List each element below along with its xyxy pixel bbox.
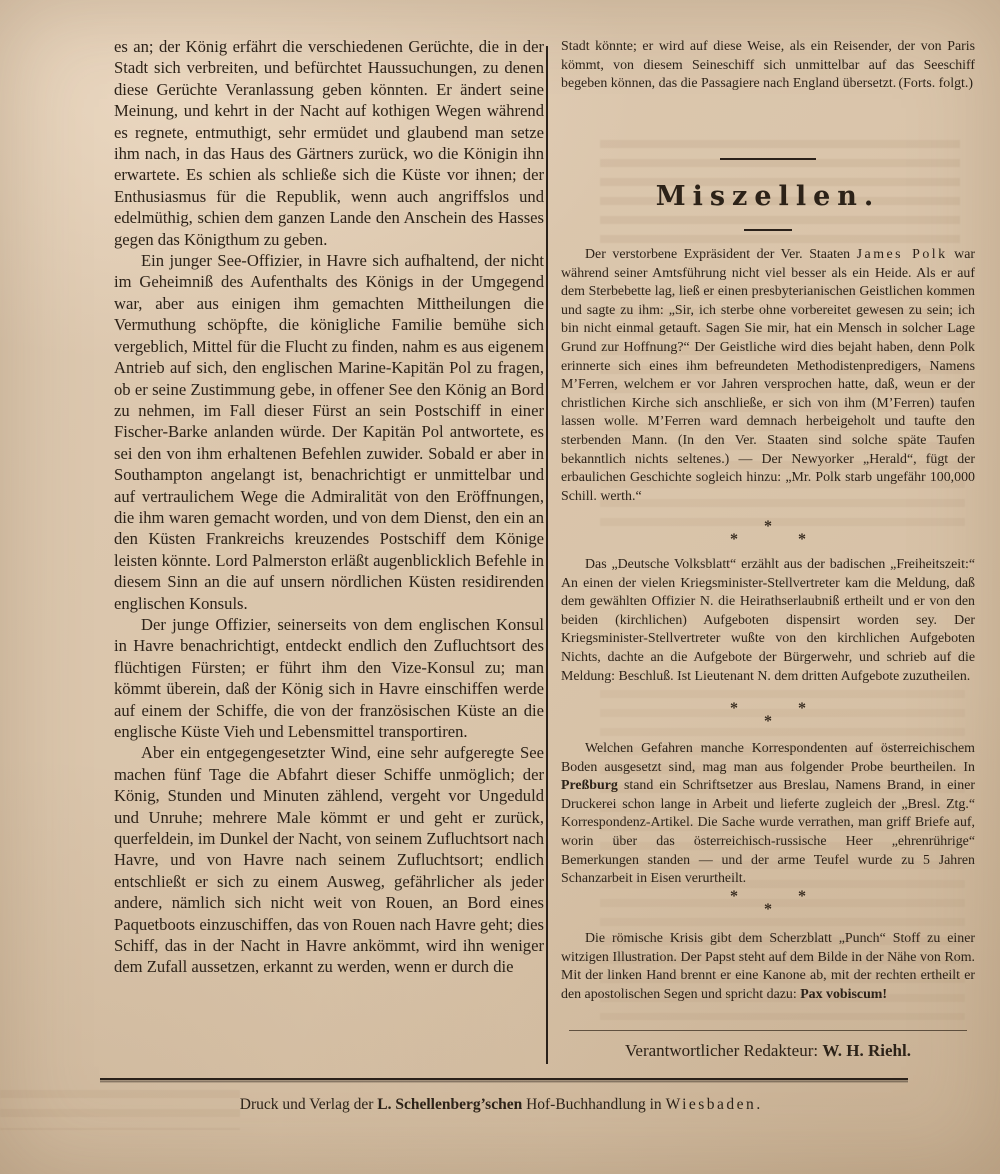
continuation-notice: (Forts. folgt.)	[899, 75, 973, 94]
section-title: Miszellen.	[561, 180, 975, 214]
miszellen-item-pressburg: Welchen Gefahren manche Korrespondenten …	[561, 740, 975, 889]
miszellen-item-polk: Der verstorbene Expräsident der Ver. Sta…	[561, 246, 975, 506]
asterisk-glyph: *	[730, 702, 738, 715]
asterisk-glyph: *	[764, 520, 772, 533]
asterism-row: *	[561, 715, 975, 728]
left-text-column: es an; der König erfährt die verschieden…	[114, 36, 544, 978]
asterism-separator: ** *	[561, 890, 975, 916]
article-paragraph: Aber ein entgegengesetzter Wind, eine se…	[114, 742, 544, 977]
responsible-editor-line: Verantwortlicher Redakteur: W. H. Riehl.	[561, 1042, 975, 1061]
asterisk-glyph: *	[730, 890, 738, 903]
footer-rule	[100, 1078, 908, 1080]
section-separator-rule	[720, 158, 816, 160]
asterism-row: *	[561, 903, 975, 916]
asterisk-glyph: *	[798, 702, 806, 715]
asterisk-glyph: *	[764, 715, 772, 728]
publisher-imprint: Druck und Verlag der L. Schellenberg’sch…	[0, 1096, 1000, 1114]
miszellen-item-volksblatt: Das „Deutsche Volksblatt“ erzählt aus de…	[561, 556, 975, 686]
asterism-separator: * **	[561, 520, 975, 546]
column-divider-rule	[546, 46, 548, 1064]
asterism-separator: ** *	[561, 702, 975, 728]
asterisk-glyph: *	[764, 903, 772, 916]
asterism-row: **	[561, 533, 975, 546]
article-paragraph: es an; der König erfährt die verschieden…	[114, 36, 544, 250]
miszellen-item-punch: Die römische Krisis gibt dem Scherzblatt…	[561, 930, 975, 1004]
asterism-row: *	[561, 520, 975, 533]
asterisk-glyph: *	[798, 533, 806, 546]
article-paragraph: Ein junger See-Offizier, in Havre sich a…	[114, 250, 544, 614]
section-title-underline	[744, 229, 792, 231]
continuation-paragraph-block: Stadt könnte; er wird auf diese Weise, a…	[561, 38, 975, 94]
newspaper-page: es an; der König erfährt die verschieden…	[0, 0, 1000, 1174]
editor-separator-rule	[569, 1030, 967, 1031]
article-paragraph: Der junge Offizier, seinerseits von dem …	[114, 614, 544, 742]
asterisk-glyph: *	[730, 533, 738, 546]
asterisk-glyph: *	[798, 890, 806, 903]
